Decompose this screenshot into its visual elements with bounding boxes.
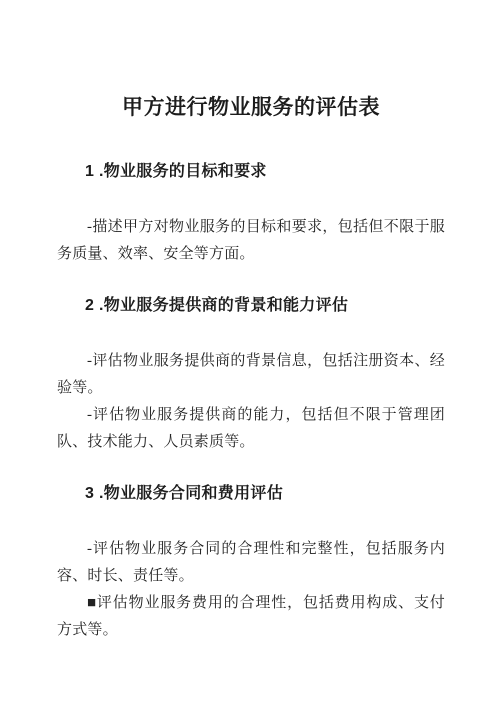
paragraph: ■评估物业服务费用的合理性，包括费用构成、支付方式等。 <box>57 590 445 644</box>
section-1-body: -描述甲方对物业服务的目标和要求，包括但不限于服务质量、效率、安全等方面。 <box>57 214 445 268</box>
paragraph: -评估物业服务提供商的能力，包括但不限于管理团队、技术能力、人员素质等。 <box>57 402 445 456</box>
section-3-heading: 3 .物业服务合同和费用评估 <box>85 484 445 504</box>
paragraph: -评估物业服务合同的合理性和完整性，包括服务内容、时长、责任等。 <box>57 536 445 590</box>
section-3: 3 .物业服务合同和费用评估 -评估物业服务合同的合理性和完整性，包括服务内容、… <box>57 484 445 644</box>
section-2-heading: 2 .物业服务提供商的背景和能力评估 <box>85 296 445 316</box>
paragraph: -描述甲方对物业服务的目标和要求，包括但不限于服务质量、效率、安全等方面。 <box>57 214 445 268</box>
document-title: 甲方进行物业服务的评估表 <box>57 95 445 121</box>
document-page: 甲方进行物业服务的评估表 1 .物业服务的目标和要求 -描述甲方对物业服务的目标… <box>0 0 500 707</box>
section-2: 2 .物业服务提供商的背景和能力评估 -评估物业服务提供商的背景信息，包括注册资… <box>57 296 445 456</box>
section-2-body: -评估物业服务提供商的背景信息，包括注册资本、经验等。 -评估物业服务提供商的能… <box>57 348 445 456</box>
paragraph: -评估物业服务提供商的背景信息，包括注册资本、经验等。 <box>57 348 445 402</box>
section-1-heading: 1 .物业服务的目标和要求 <box>85 162 445 182</box>
section-3-body: -评估物业服务合同的合理性和完整性，包括服务内容、时长、责任等。 ■评估物业服务… <box>57 536 445 644</box>
section-1: 1 .物业服务的目标和要求 -描述甲方对物业服务的目标和要求，包括但不限于服务质… <box>57 162 445 268</box>
